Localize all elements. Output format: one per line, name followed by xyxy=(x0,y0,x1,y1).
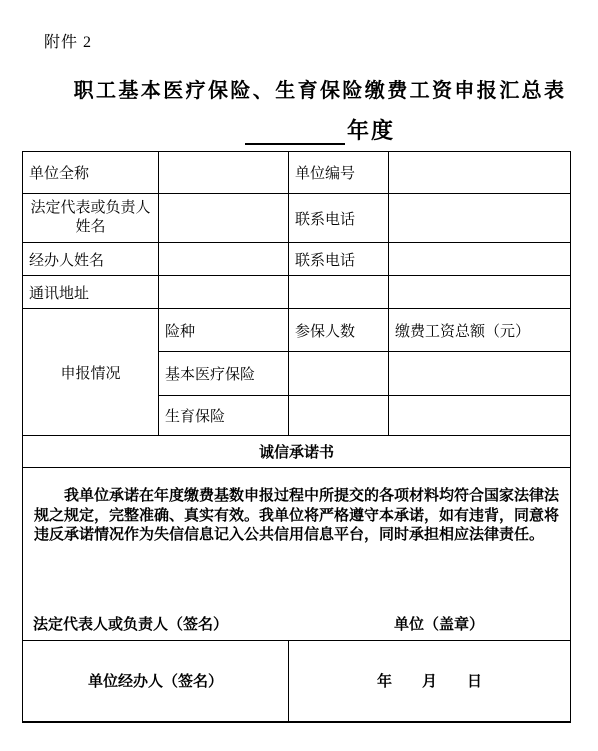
contact-phone2-value-cell xyxy=(389,243,571,276)
pledge-text: 我单位承诺在年度缴费基数申报过程中所提交的各项材料均符合国家法律法规之规定，完整… xyxy=(34,487,559,546)
pledge-title-cell: 诚信承诺书 xyxy=(23,436,571,468)
handler-sign-cell: 单位经办人（签名） xyxy=(23,641,289,722)
year-blank-line xyxy=(245,121,345,145)
pledge-sign-row: 法定代表人或负责人（签名） 单位（盖章） xyxy=(29,613,564,634)
legal-rep-name-value-cell xyxy=(159,194,289,243)
year-line: 年度 xyxy=(42,114,598,145)
medical-total-wage-cell xyxy=(389,352,571,396)
maternity-total-wage-cell xyxy=(389,396,571,436)
contact-phone-label-cell: 联系电话 xyxy=(289,194,389,243)
medical-insured-count-cell xyxy=(289,352,389,396)
document-page: 附件 2 职工基本医疗保险、生育保险缴费工资申报汇总表 年度 单位全称 单位编号… xyxy=(0,0,598,751)
address-label-cell: 通讯地址 xyxy=(23,276,159,309)
pledge-cell: 我单位承诺在年度缴费基数申报过程中所提交的各项材料均符合国家法律法规之规定，完整… xyxy=(23,468,571,641)
year-suffix-label: 年度 xyxy=(347,118,395,143)
address-value-cell xyxy=(159,276,289,309)
date-cell: 年 月 日 xyxy=(289,641,571,722)
maternity-insurance-label-cell: 生育保险 xyxy=(159,396,289,436)
legal-rep-sign-label: 法定代表人或负责人（签名） xyxy=(33,613,228,634)
contact-phone-value-cell xyxy=(389,194,571,243)
unit-code-label-cell: 单位编号 xyxy=(289,152,389,194)
title-block: 职工基本医疗保险、生育保险缴费工资申报汇总表 xyxy=(42,74,598,103)
handler-name-value-cell xyxy=(159,243,289,276)
declaration-section-label-cell: 申报情况 xyxy=(23,309,159,436)
insurance-type-header-cell: 险种 xyxy=(159,309,289,352)
contact-phone2-label-cell: 联系电话 xyxy=(289,243,389,276)
unit-code-value-cell xyxy=(389,152,571,194)
address-value-cell3 xyxy=(389,276,571,309)
unit-seal-label: 单位（盖章） xyxy=(394,613,484,634)
total-wage-header-cell: 缴费工资总额（元） xyxy=(389,309,571,352)
pledge-inner: 我单位承诺在年度缴费基数申报过程中所提交的各项材料均符合国家法律法规之规定，完整… xyxy=(29,470,564,638)
insured-count-header-cell: 参保人数 xyxy=(289,309,389,352)
unit-name-value-cell xyxy=(159,152,289,194)
address-value-cell2 xyxy=(289,276,389,309)
attachment-label: 附件 2 xyxy=(44,29,92,52)
handler-name-label-cell: 经办人姓名 xyxy=(23,243,159,276)
legal-rep-name-label-cell: 法定代表或负责人姓名 xyxy=(23,194,159,243)
maternity-insured-count-cell xyxy=(289,396,389,436)
page-title: 职工基本医疗保险、生育保险缴费工资申报汇总表 xyxy=(74,80,567,102)
unit-name-label-cell: 单位全称 xyxy=(23,152,159,194)
medical-insurance-label-cell: 基本医疗保险 xyxy=(159,352,289,396)
declaration-table: 单位全称 单位编号 法定代表或负责人姓名 联系电话 经办人姓名 联系电话 通讯地… xyxy=(22,151,571,723)
